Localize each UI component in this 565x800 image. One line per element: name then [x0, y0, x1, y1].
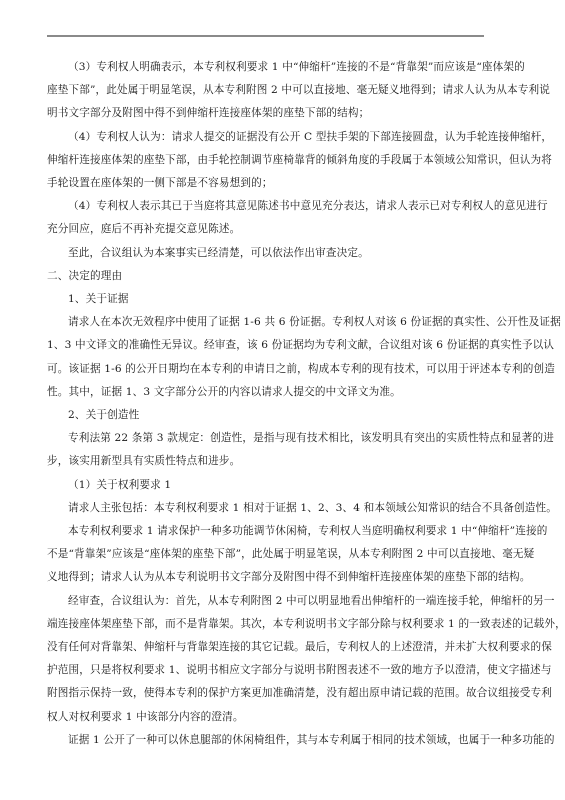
text-line: 端连接座体架座垫下部，而不是背靠架。其次，本专利说明书文字部分除与权利要求 1 …: [47, 613, 484, 636]
section-heading: （1）关于权利要求 1: [47, 474, 484, 497]
text-line: 座垫下部”，此处属于明显笔误，从本专利附图 2 中可以直接地、毫无疑义地得到；请…: [47, 79, 484, 102]
text-line: 经审查，合议组认为：首先，从本专利附图 2 中可以明显地看出伸缩杆的一端连接手轮…: [47, 590, 484, 613]
paragraph: 经审查，合议组认为：首先，从本专利附图 2 中可以明显地看出伸缩杆的一端连接手轮…: [47, 590, 484, 729]
header-rule: [47, 35, 484, 37]
paragraph: 请求人主张包括：本专利权利要求 1 相对于证据 1、2、3、4 和本领域公知常识…: [47, 497, 484, 520]
text-line: 1、3 中文译文的准确性无异议。经审查，该 6 份证据均为专利文献，合议组对该 …: [47, 334, 484, 357]
section-heading: 二、决定的理由: [47, 265, 484, 288]
text-line: 附图指示保持一致，使得本专利的保护方案更加准确清楚，没有超出原申请记载的范围。故…: [47, 682, 484, 705]
section-heading: 2、关于创造性: [47, 404, 484, 427]
section-heading: 1、关于证据: [47, 288, 484, 311]
text-line: 手轮设置在座体架的一侧下部是不容易想到的；: [47, 172, 484, 195]
paragraph: （4）专利权人表示其已于当庭将其意见陈述书中意见充分表达，请求人表示已对专利权人…: [47, 195, 484, 241]
text-line: 证据 1 公开了一种可以休息腿部的休闲椅组件，其与本专利属于相同的技术领域，也属…: [47, 729, 484, 752]
text-line: 明书文字部分及附图中得不到伸缩杆连接座体架的座垫下部的结构；: [47, 102, 484, 125]
text-line: 2、关于创造性: [47, 404, 484, 427]
text-line: 伸缩杆连接座体架的座垫下部，由手轮控制调节座椅靠背的倾斜角度的手段属于本领域公知…: [47, 149, 484, 172]
paragraph: 至此，合议组认为本案事实已经清楚，可以依法作出审查决定。: [47, 242, 484, 265]
text-line: 没有任何对背靠架、伸缩杆与背靠架连接的其它记载。最后，专利权人的上述澄清，并未扩…: [47, 636, 484, 659]
text-line: 权人对权利要求 1 中该部分内容的澄清。: [47, 706, 484, 729]
text-line: 专利法第 22 条第 3 款规定：创造性，是指与现有技术相比，该发明具有突出的实…: [47, 427, 484, 450]
text-line: 至此，合议组认为本案事实已经清楚，可以依法作出审查决定。: [47, 242, 484, 265]
text-line: （4）专利权人表示其已于当庭将其意见陈述书中意见充分表达，请求人表示已对专利权人…: [47, 195, 484, 218]
paragraph: 本专利权利要求 1 请求保护一种多功能调节休闲椅，专利权人当庭明确权利要求 1 …: [47, 520, 484, 590]
text-line: 步，该实用新型具有实质性特点和进步。: [47, 450, 484, 473]
text-line: 1、关于证据: [47, 288, 484, 311]
paragraph: 请求人在本次无效程序中使用了证据 1-6 共 6 份证据。专利权人对该 6 份证…: [47, 311, 484, 404]
text-line: （4）专利权人认为：请求人提交的证据没有公开 C 型扶手架的下部连接圆盘，认为手…: [47, 126, 484, 149]
paragraph: （4）专利权人认为：请求人提交的证据没有公开 C 型扶手架的下部连接圆盘，认为手…: [47, 126, 484, 196]
text-line: 请求人在本次无效程序中使用了证据 1-6 共 6 份证据。专利权人对该 6 份证…: [47, 311, 484, 334]
text-line: （1）关于权利要求 1: [47, 474, 484, 497]
text-line: 不是“背靠架”应该是“座体架的座垫下部”，此处属于明显笔误，从本专利附图 2 中…: [47, 543, 484, 566]
text-line: 护范围，只是将权利要求 1、说明书相应文字部分与说明书附图表述不一致的地方予以澄…: [47, 659, 484, 682]
text-line: 可。该证据 1-6 的公开日期均在本专利的申请日之前，构成本专利的现有技术，可以…: [47, 358, 484, 381]
paragraph: （3）专利权人明确表示，本专利权利要求 1 中“伸缩杆”连接的不是“背靠架”而应…: [47, 56, 484, 126]
paragraph: 专利法第 22 条第 3 款规定：创造性，是指与现有技术相比，该发明具有突出的实…: [47, 427, 484, 473]
text-line: 本专利权利要求 1 请求保护一种多功能调节休闲椅，专利权人当庭明确权利要求 1 …: [47, 520, 484, 543]
text-line: 义地得到；请求人认为从本专利说明书文字部分及附图中得不到伸缩杆连接座体架的座垫下…: [47, 566, 484, 589]
text-line: 性。其中，证据 1、3 文字部分公开的内容以请求人提交的中文译文为准。: [47, 381, 484, 404]
document-body: （3）专利权人明确表示，本专利权利要求 1 中“伸缩杆”连接的不是“背靠架”而应…: [47, 56, 484, 752]
paragraph: 证据 1 公开了一种可以休息腿部的休闲椅组件，其与本专利属于相同的技术领域，也属…: [47, 729, 484, 752]
text-line: 充分回应，庭后不再补充提交意见陈述。: [47, 218, 484, 241]
text-line: （3）专利权人明确表示，本专利权利要求 1 中“伸缩杆”连接的不是“背靠架”而应…: [47, 56, 484, 79]
text-line: 请求人主张包括：本专利权利要求 1 相对于证据 1、2、3、4 和本领域公知常识…: [47, 497, 484, 520]
text-line: 二、决定的理由: [47, 265, 484, 288]
